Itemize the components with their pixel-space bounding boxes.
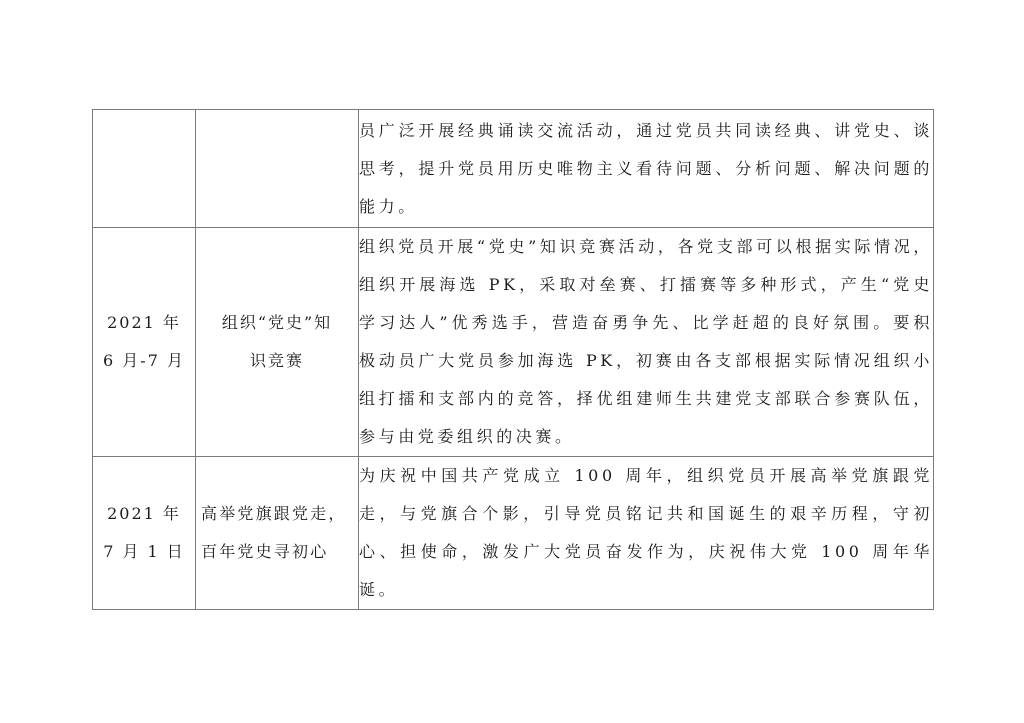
description-text: 组织党员开展“党史”知识竞赛活动，各党支部可以根据实际情况，组织开展海选 PK，… xyxy=(359,228,933,456)
table-row: 2021 年 7 月 1 日 高举党旗跟党走， 百年党史寻初心 为庆祝中国共产党… xyxy=(93,457,934,610)
date-line: 2021 年 xyxy=(93,304,195,342)
document-page: 员广泛开展经典诵读交流活动，通过党员共同读经典、讲党史、谈思考，提升党员用历史唯… xyxy=(0,0,1024,723)
activity-cell: 高举党旗跟党走， 百年党史寻初心 xyxy=(196,457,359,610)
activity-line: 百年党史寻初心 xyxy=(201,533,358,571)
date-line: 2021 年 xyxy=(93,495,195,533)
description-cell: 员广泛开展经典诵读交流活动，通过党员共同读经典、讲党史、谈思考，提升党员用历史唯… xyxy=(359,110,934,228)
description-text: 员广泛开展经典诵读交流活动，通过党员共同读经典、讲党史、谈思考，提升党员用历史唯… xyxy=(359,112,933,226)
description-cell: 为庆祝中国共产党成立 100 周年，组织党员开展高举党旗跟党走，与党旗合个影，引… xyxy=(359,457,934,610)
table-row: 员广泛开展经典诵读交流活动，通过党员共同读经典、讲党史、谈思考，提升党员用历史唯… xyxy=(93,110,934,228)
activity-line: 识竞赛 xyxy=(196,342,358,380)
date-line: 7 月 1 日 xyxy=(93,533,195,571)
date-cell-empty xyxy=(93,110,196,228)
table-row: 2021 年 6 月-7 月 组织“党史”知 识竞赛 组织党员开展“党史”知识竞… xyxy=(93,228,934,457)
activity-line: 组织“党史”知 xyxy=(196,304,358,342)
activity-cell-empty xyxy=(196,110,359,228)
activity-line: 高举党旗跟党走， xyxy=(201,495,358,533)
date-line: 6 月-7 月 xyxy=(93,342,195,380)
activity-schedule-table: 员广泛开展经典诵读交流活动，通过党员共同读经典、讲党史、谈思考，提升党员用历史唯… xyxy=(92,109,934,610)
description-text: 为庆祝中国共产党成立 100 周年，组织党员开展高举党旗跟党走，与党旗合个影，引… xyxy=(359,457,933,609)
date-cell: 2021 年 6 月-7 月 xyxy=(93,228,196,457)
description-cell: 组织党员开展“党史”知识竞赛活动，各党支部可以根据实际情况，组织开展海选 PK，… xyxy=(359,228,934,457)
date-cell: 2021 年 7 月 1 日 xyxy=(93,457,196,610)
activity-cell: 组织“党史”知 识竞赛 xyxy=(196,228,359,457)
